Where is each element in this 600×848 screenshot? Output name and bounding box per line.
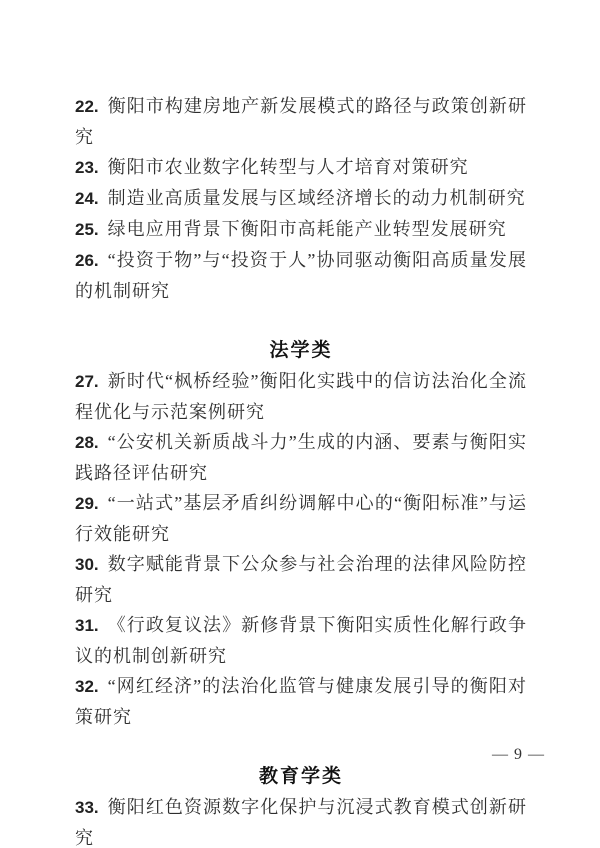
item-text: “一站式”基层矛盾纠纷调解中心的“衡阳标准”与运行效能研究	[75, 493, 527, 544]
item-number: 27.	[75, 372, 99, 391]
item-text: 衡阳市农业数字化转型与人才培育对策研究	[108, 157, 469, 177]
item-number: 25.	[75, 220, 99, 239]
page-number: — 9 —	[492, 744, 545, 766]
item-number: 29.	[75, 494, 99, 513]
section-header-law: 法学类	[75, 336, 527, 366]
item-number: 26.	[75, 251, 99, 270]
item-number: 30.	[75, 555, 99, 574]
item-text: 绿电应用背景下衡阳市高耗能产业转型发展研究	[108, 219, 507, 239]
item-text: 制造业高质量发展与区域经济增长的动力机制研究	[108, 188, 526, 208]
item-text: “网红经济”的法治化监管与健康发展引导的衡阳对策研究	[75, 676, 527, 727]
list-item-32: 32.“网红经济”的法治化监管与健康发展引导的衡阳对策研究	[75, 671, 527, 732]
document-page: 22.衡阳市构建房地产新发展模式的路径与政策创新研究 23.衡阳市农业数字化转型…	[0, 0, 600, 848]
section-header-education: 教育学类	[75, 762, 527, 792]
item-number: 23.	[75, 158, 99, 177]
item-number: 22.	[75, 97, 99, 116]
item-text: “投资于物”与“投资于人”协同驱动衡阳高质量发展的机制研究	[75, 250, 527, 301]
list-item-25: 25.绿电应用背景下衡阳市高耗能产业转型发展研究	[75, 214, 527, 245]
item-number: 33.	[75, 798, 99, 817]
list-item-29: 29.“一站式”基层矛盾纠纷调解中心的“衡阳标准”与运行效能研究	[75, 488, 527, 549]
document-content: 22.衡阳市构建房地产新发展模式的路径与政策创新研究 23.衡阳市农业数字化转型…	[75, 91, 527, 848]
item-text: 《行政复议法》新修背景下衡阳实质性化解行政争议的机制创新研究	[75, 615, 527, 666]
item-number: 31.	[75, 616, 99, 635]
item-number: 28.	[75, 433, 99, 452]
item-text: 衡阳红色资源数字化保护与沉浸式教育模式创新研究	[75, 797, 527, 848]
item-text: 新时代“枫桥经验”衡阳化实践中的信访法治化全流程优化与示范案例研究	[75, 371, 527, 422]
list-item-31: 31.《行政复议法》新修背景下衡阳实质性化解行政争议的机制创新研究	[75, 610, 527, 671]
list-item-26: 26.“投资于物”与“投资于人”协同驱动衡阳高质量发展的机制研究	[75, 245, 527, 306]
item-number: 32.	[75, 677, 99, 696]
item-text: 衡阳市构建房地产新发展模式的路径与政策创新研究	[75, 96, 527, 147]
list-item-30: 30.数字赋能背景下公众参与社会治理的法律风险防控研究	[75, 549, 527, 610]
list-item-27: 27.新时代“枫桥经验”衡阳化实践中的信访法治化全流程优化与示范案例研究	[75, 366, 527, 427]
list-item-22: 22.衡阳市构建房地产新发展模式的路径与政策创新研究	[75, 91, 527, 152]
list-item-23: 23.衡阳市农业数字化转型与人才培育对策研究	[75, 152, 527, 183]
list-item-24: 24.制造业高质量发展与区域经济增长的动力机制研究	[75, 183, 527, 214]
list-item-28: 28.“公安机关新质战斗力”生成的内涵、要素与衡阳实践路径评估研究	[75, 427, 527, 488]
item-text: “公安机关新质战斗力”生成的内涵、要素与衡阳实践路径评估研究	[75, 432, 527, 483]
item-number: 24.	[75, 189, 99, 208]
item-text: 数字赋能背景下公众参与社会治理的法律风险防控研究	[75, 554, 527, 605]
list-item-33: 33.衡阳红色资源数字化保护与沉浸式教育模式创新研究	[75, 792, 527, 848]
